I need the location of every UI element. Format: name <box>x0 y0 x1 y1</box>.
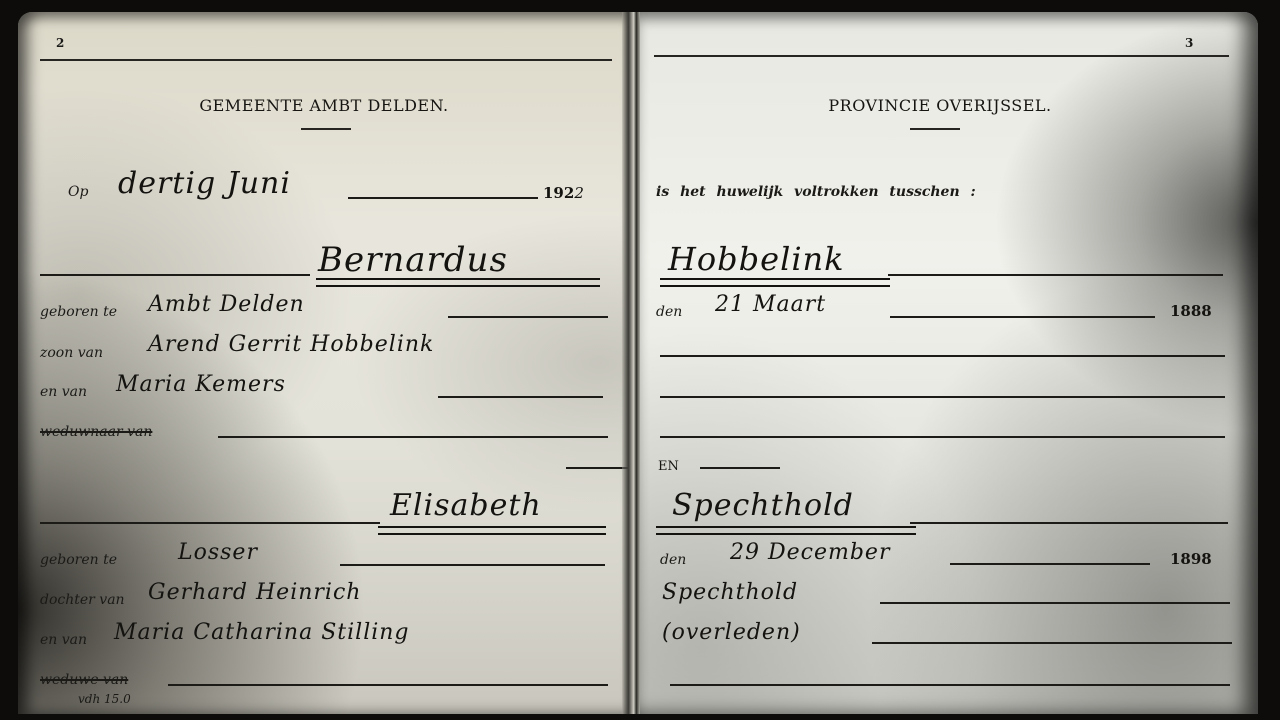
year-printed: 1922 <box>543 184 584 202</box>
bride-father-surname: Spechthold <box>662 580 798 605</box>
groom-surname: Hobbelink <box>668 240 845 278</box>
separator-en: EN <box>658 459 679 474</box>
right-page: 3 PROVINCIE OVERIJSSEL. is het huwelijk … <box>640 12 1258 714</box>
bride-surname-line <box>910 522 1228 524</box>
blank-line-3 <box>660 436 1225 438</box>
groom-born-place: Ambt Delden <box>148 292 305 317</box>
groom-name-underline <box>316 278 600 287</box>
bride-daughter-of-label: dochter van <box>40 592 125 608</box>
groom-birth-label: den <box>656 304 682 320</box>
groom-birth-date: 21 Maart <box>715 292 826 317</box>
bride-father-line <box>880 602 1230 604</box>
marriage-intro: is het huwelijk voltrokken tusschen : <box>656 184 976 200</box>
bride-born-label: geboren te <box>40 552 117 568</box>
groom-birth-year: 1888 <box>1170 302 1212 320</box>
groom-mother: Maria Kemers <box>116 372 286 397</box>
widower-line <box>218 436 608 438</box>
widower-label: weduwnaar van <box>40 424 152 440</box>
bride-father: Gerhard Heinrich <box>148 580 361 605</box>
bride-born-line <box>340 564 605 566</box>
page-number-left: 2 <box>56 36 64 50</box>
groom-birth-line <box>890 316 1155 318</box>
groom-first-names: Bernardus <box>318 240 508 280</box>
separator-line-right <box>700 467 780 469</box>
widow-label: weduwe van <box>40 672 128 688</box>
bride-mother: Maria Catharina Stilling <box>114 620 410 645</box>
blank-line-2 <box>660 396 1225 398</box>
bride-mother-note: (overleden) <box>662 620 801 645</box>
marriage-booklet: 2 GEMEENTE AMBT DELDEN. Op dertig Juni 1… <box>18 12 1258 714</box>
bride-and-of-label: en van <box>40 632 87 648</box>
top-rule <box>40 59 612 61</box>
date-line <box>348 197 538 199</box>
page-number-right: 3 <box>1185 36 1193 50</box>
bride-surname: Spechthold <box>672 488 854 523</box>
groom-and-of-label: en van <box>40 384 87 400</box>
separator-line-left <box>566 467 628 469</box>
blank-line-1 <box>660 355 1225 357</box>
groom-born-line <box>448 316 608 318</box>
heading-underline <box>910 128 960 130</box>
groom-father: Arend Gerrit Hobbelink <box>148 332 434 357</box>
bride-born-place: Losser <box>178 540 258 565</box>
widow-line <box>168 684 608 686</box>
date-label: Op <box>68 184 88 200</box>
initials-note: vdh 15.0 <box>78 692 131 706</box>
marriage-date-handwritten: dertig Juni <box>118 166 291 201</box>
left-page: 2 GEMEENTE AMBT DELDEN. Op dertig Juni 1… <box>18 12 630 714</box>
bride-name-line <box>40 522 380 524</box>
bride-first-names: Elisabeth <box>390 488 542 523</box>
groom-son-of-label: zoon van <box>40 345 103 361</box>
top-rule <box>654 55 1229 57</box>
municipality-heading: GEMEENTE AMBT DELDEN. <box>18 96 630 115</box>
heading-underline <box>301 128 351 130</box>
groom-mother-line <box>438 396 603 398</box>
groom-name-line <box>40 274 310 276</box>
province-heading: PROVINCIE OVERIJSSEL. <box>640 96 1240 115</box>
bride-mother-line <box>872 642 1232 644</box>
groom-surname-line <box>888 274 1223 276</box>
bride-name-underline <box>378 526 606 535</box>
bride-surname-underline <box>656 526 916 535</box>
bride-birth-line <box>950 563 1150 565</box>
groom-born-label: geboren te <box>40 304 117 320</box>
bride-birth-date: 29 December <box>730 540 890 565</box>
blank-line-4 <box>670 684 1230 686</box>
bride-birth-year: 1898 <box>1170 550 1212 568</box>
groom-surname-underline <box>660 278 890 287</box>
bride-birth-label: den <box>660 552 686 568</box>
